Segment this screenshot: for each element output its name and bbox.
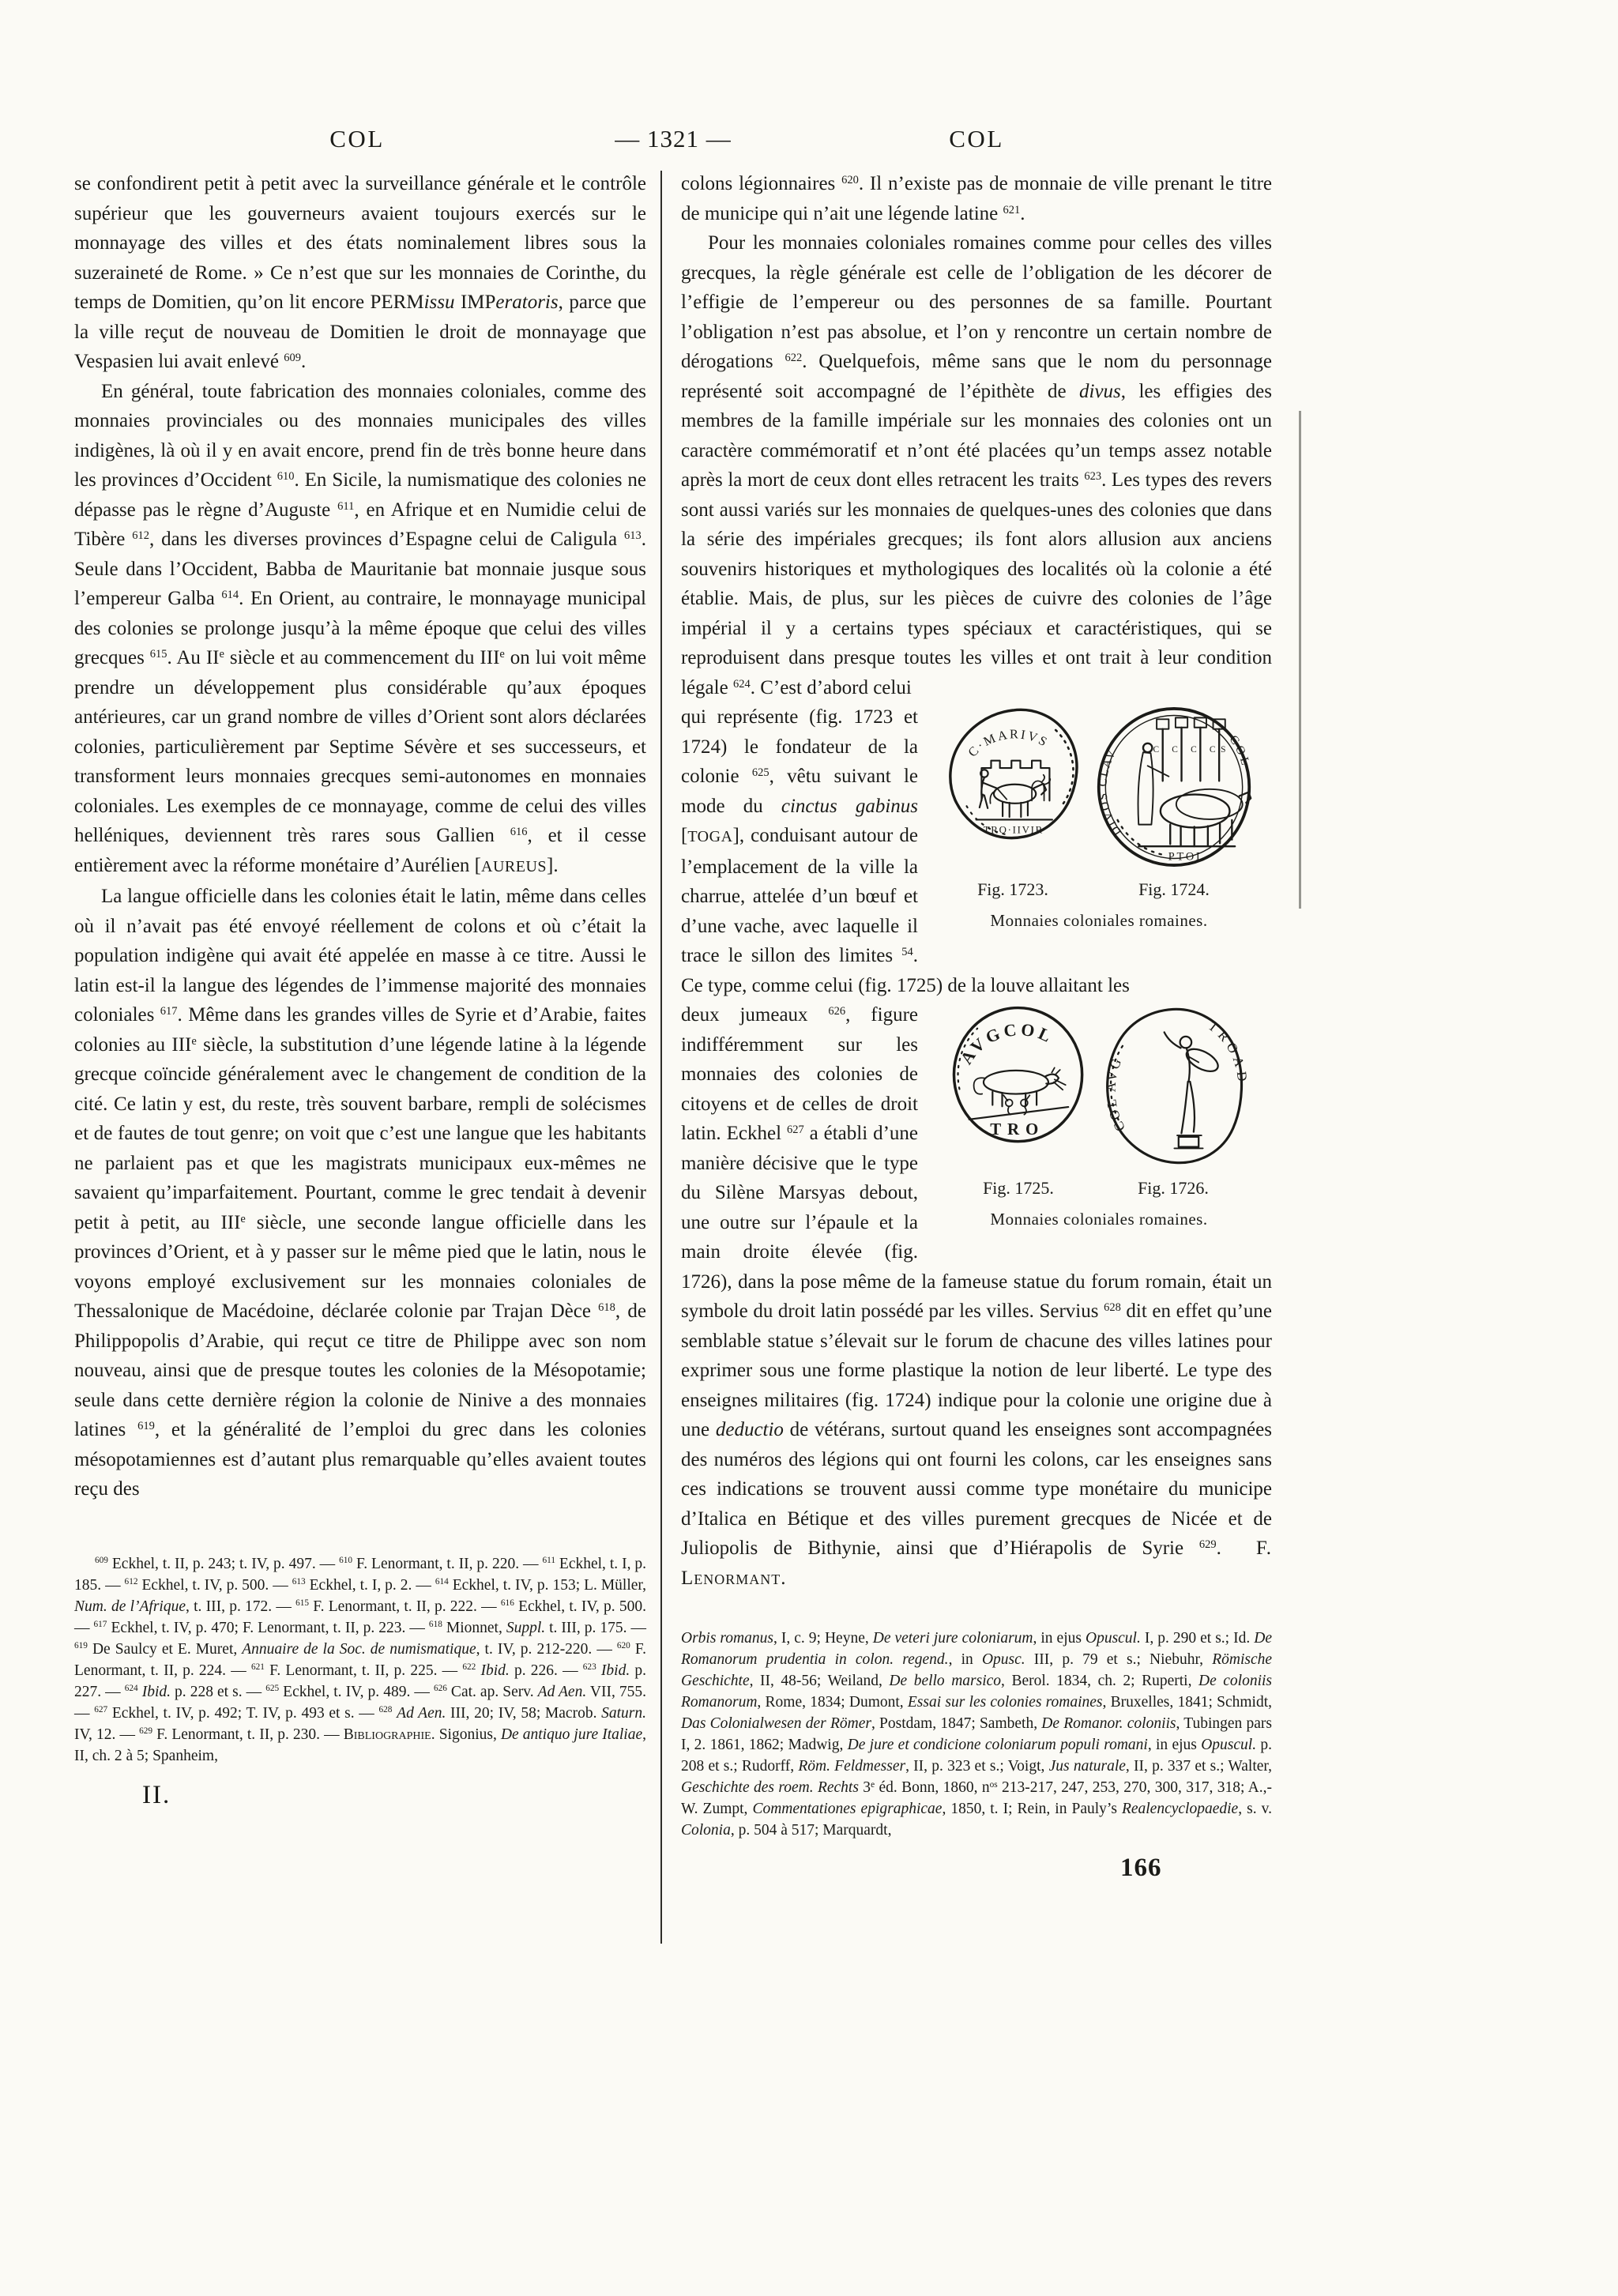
- coin-military-standards-oxen-icon: DIVOS CLAV COL C C C CS: [1095, 706, 1253, 868]
- svg-text:PTOL: PTOL: [1168, 850, 1206, 863]
- figure-group-1725-1726: AVGCOL TRO: [926, 1005, 1272, 1234]
- coin-engravings-row: AVGCOL TRO: [926, 1005, 1272, 1167]
- figure-label-1726: Fig. 1726.: [1100, 1173, 1247, 1203]
- right-column: colons légionnaires 620. Il n’existe pas…: [681, 169, 1272, 1884]
- figure-caption: Monnaies coloniales romaines.: [926, 906, 1272, 936]
- coin-engravings-row: C·MARIVS TRO·IIVIR: [926, 706, 1272, 868]
- figure-label-1725: Fig. 1725.: [951, 1173, 1086, 1203]
- header-keyword-right: COL: [681, 125, 1272, 153]
- left-column: se confondirent petit à petit avec la su…: [74, 169, 646, 1884]
- figure-caption: Monnaies coloniales romaines.: [926, 1205, 1272, 1235]
- coin-wolf-twins-icon: AVGCOL TRO: [951, 1005, 1086, 1146]
- svg-text:TROAD: TROAD: [1206, 1018, 1247, 1086]
- sheet-number: 166: [1120, 1854, 1272, 1884]
- figure-label-1724: Fig. 1724.: [1095, 875, 1253, 905]
- text-block: se confondirent petit à petit avec la su…: [74, 169, 1272, 1884]
- svg-text:TRO·IIVIR: TRO·IIVIR: [984, 825, 1044, 836]
- figure-group-1723-1724: C·MARIVS TRO·IIVIR: [926, 706, 1272, 935]
- paragraph: Pour les monnaies coloniales romaines co…: [681, 228, 1272, 702]
- figure-labels-row: Fig. 1725. Fig. 1726.: [926, 1173, 1272, 1203]
- coin-founder-ploughing-icon: C·MARIVS TRO·IIVIR: [945, 706, 1081, 846]
- footnotes-right: Orbis romanus, I, c. 9; Heyne, De veteri…: [681, 1628, 1272, 1841]
- paragraph: se confondirent petit à petit avec la su…: [74, 169, 646, 377]
- svg-text:DIVOS CLAV: DIVOS CLAV: [1096, 747, 1124, 838]
- svg-text:COL AVG: COL AVG: [1103, 1055, 1128, 1134]
- figure-labels-row: Fig. 1723. Fig. 1724.: [926, 875, 1272, 905]
- footnotes-left: 609 Eckhel, t. II, p. 243; t. IV, p. 497…: [74, 1553, 646, 1767]
- book-page: COL — 1321 — COL se confondirent petit à…: [0, 0, 1618, 2296]
- paragraph: En général, toute fabrication des monnai…: [74, 377, 646, 883]
- figure-label-1723: Fig. 1723.: [945, 875, 1081, 905]
- figure-wrap-2: AVGCOL TRO: [681, 1000, 1272, 1593]
- paragraph: colons légionnaires 620. Il n’existe pas…: [681, 169, 1272, 228]
- svg-text:C·MARIVS: C·MARIVS: [965, 726, 1052, 759]
- scan-edge-artifact: [1299, 411, 1301, 909]
- volume-signature-mark: II.: [142, 1781, 646, 1811]
- paragraph: La langue officielle dans les colonies é…: [74, 882, 646, 1504]
- svg-text:TRO: TRO: [990, 1120, 1044, 1139]
- svg-text:C C C CS: C C C CS: [1153, 745, 1232, 755]
- figure-wrap-1: C·MARIVS TRO·IIVIR: [681, 702, 1272, 1000]
- coin-marsyas-statue-icon: COL AVG TROAD: [1100, 1005, 1247, 1167]
